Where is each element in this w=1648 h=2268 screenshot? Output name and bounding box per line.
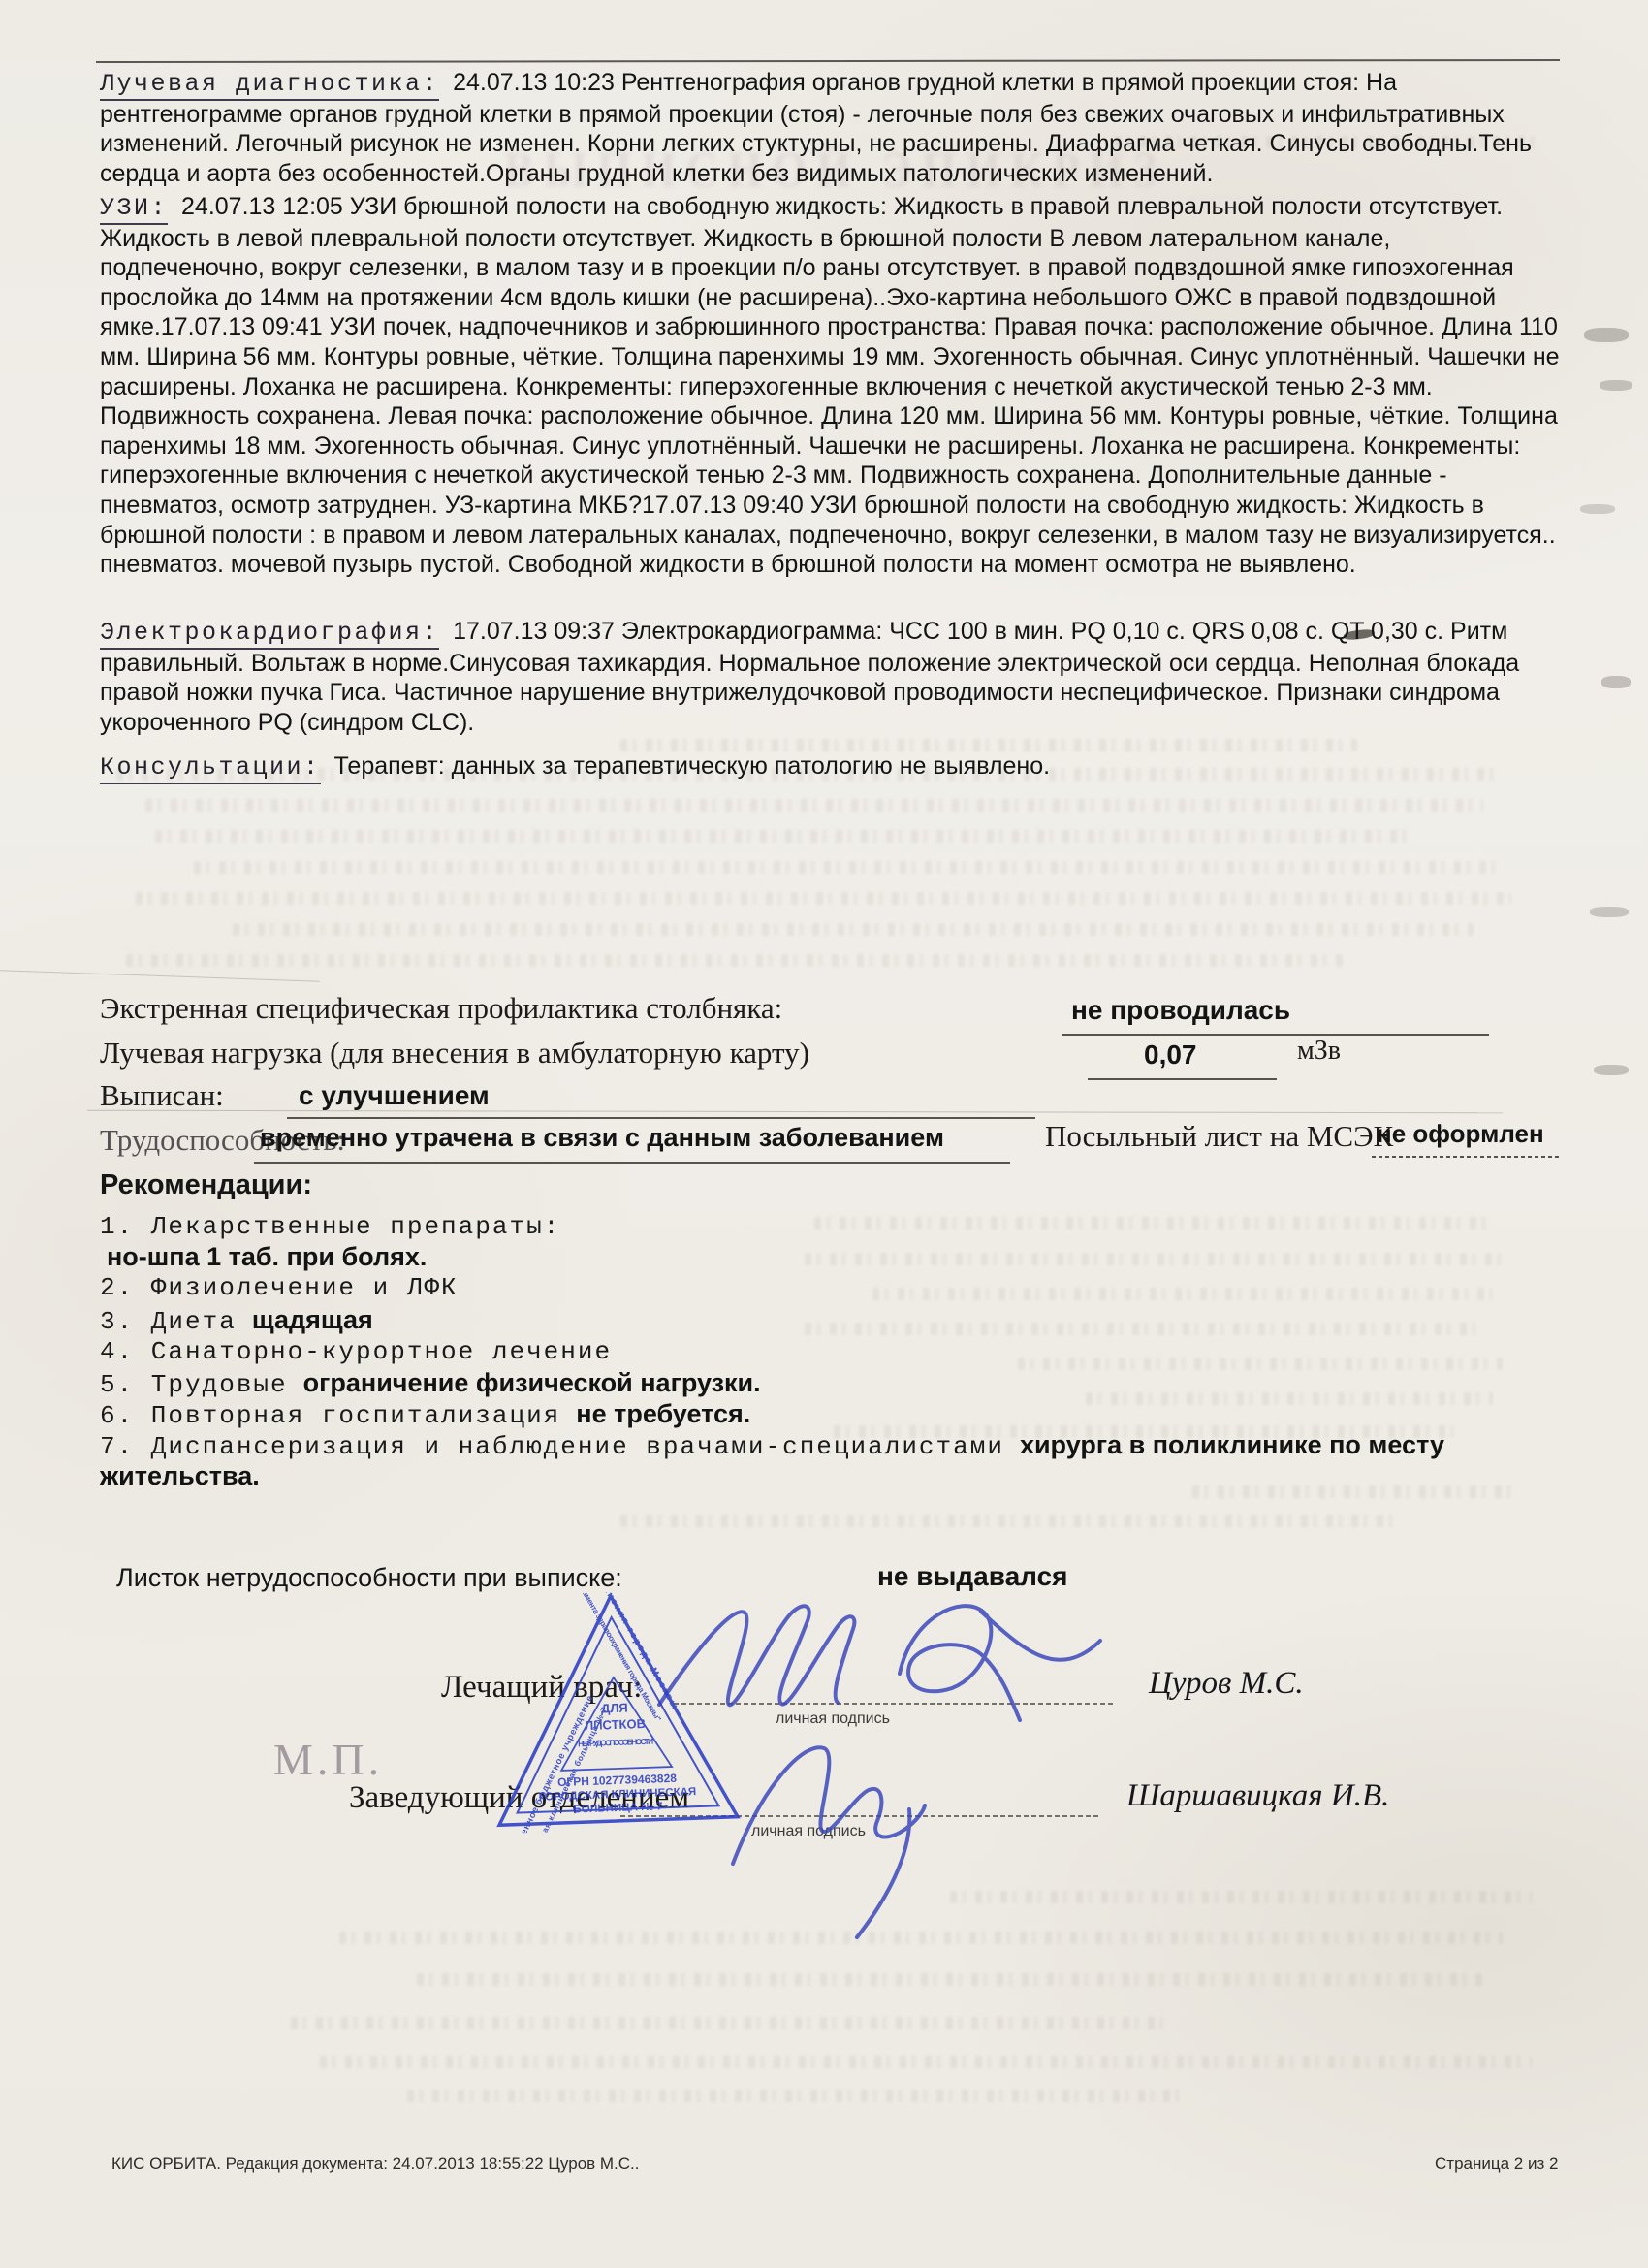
section-ultrasound: УЗИ:24.07.13 12:05 УЗИ брюшной полости н…	[100, 192, 1560, 580]
bleed-band	[320, 2056, 1532, 2068]
section-text-consultations: Терапевт: данных за терапевтическую пато…	[334, 752, 1051, 780]
crease-line-left	[0, 970, 320, 982]
stamp-org-line2: БОЛЬНИЦА № 7	[573, 1801, 663, 1815]
rec-item-text: 2. Физиолечение и ЛФК	[100, 1273, 459, 1302]
stamp-place-label: М.П.	[273, 1734, 383, 1785]
rec-item-value: жительства.	[100, 1461, 260, 1490]
discharged-value: с улучшением	[299, 1080, 490, 1111]
rec-item-value: щадящая	[252, 1305, 373, 1334]
tetanus-underline	[1062, 1034, 1489, 1036]
recommendation-item-5: 5. Трудовыеограничение физической нагруз…	[100, 1368, 1560, 1399]
rec-item-text: 5. Трудовые	[100, 1370, 288, 1399]
bleed-band	[136, 892, 1512, 905]
section-consultations: Консультации:Терапевт: данных за терапев…	[100, 751, 1560, 783]
footer-system-info: КИС ОРБИТА. Редакция документа: 24.07.20…	[111, 2155, 640, 2174]
head-of-department-name: Шаршавицкая И.В.	[1126, 1778, 1389, 1814]
bleed-band	[291, 2017, 1163, 2029]
bleed-band	[620, 1515, 1396, 1527]
discharged-underline	[287, 1117, 1035, 1119]
recommendation-item-1b: но-шпа 1 таб. при болях.	[107, 1242, 1567, 1272]
section-label-consultations: Консультации:	[100, 753, 321, 784]
radiation-dose-label: Лучевая нагрузка (для внесения в амбулат…	[100, 1036, 809, 1070]
recommendation-item-7b: жительства.	[100, 1461, 1560, 1491]
workability-value: временно утрачена в связи с данным забол…	[260, 1123, 944, 1153]
scanned-discharge-summary-page: { "watermark": "ВЫПИСНОЙ ЭПИКРИЗ", "sect…	[0, 0, 1648, 2268]
rec-item-text: 7. Диспансеризация и наблюдение врачами-…	[100, 1432, 1004, 1461]
hospital-triangular-stamp: ДЛЯ ЛИСТКОВ НЕТРУДОСПОСОБНОСТИ ОГРН 1027…	[486, 1588, 744, 1835]
edge-mark	[1580, 504, 1615, 514]
bleed-band	[407, 2090, 1183, 2102]
bleed-band	[145, 799, 1483, 812]
recommendation-item-4: 4. Санаторно-курортное лечение	[100, 1337, 1560, 1366]
recommendation-item-6: 6. Повторная госпитализацияне требуется.	[100, 1399, 1560, 1430]
radiation-underline	[1088, 1078, 1277, 1080]
rec-item-value: не требуется.	[576, 1399, 750, 1428]
section-text-ultrasound: 24.07.13 12:05 УЗИ брюшной полости на св…	[100, 193, 1560, 578]
rec-item-text: 1. Лекарственные препараты:	[100, 1212, 560, 1241]
edge-mark	[1601, 676, 1631, 688]
discharged-label: Выписан:	[100, 1078, 224, 1113]
recommendation-item-3: 3. Диетащадящая	[100, 1305, 1560, 1336]
bleed-band	[417, 1973, 1483, 1986]
radiation-dose-unit: мЗв	[1297, 1036, 1341, 1067]
recommendation-item-2: 2. Физиолечение и ЛФК	[100, 1273, 1560, 1302]
bleed-band	[126, 954, 1347, 967]
bleed-band	[194, 861, 1503, 874]
rec-item-value: хирурга в поликлинике по месту	[1020, 1430, 1444, 1459]
rec-item-value: но-шпа 1 таб. при болях.	[107, 1242, 427, 1271]
edge-mark	[1600, 380, 1632, 391]
rec-item-text: 6. Повторная госпитализация	[100, 1401, 560, 1430]
rec-item-text: 4. Санаторно-курортное лечение	[100, 1337, 612, 1366]
section-label-ultrasound: УЗИ:	[100, 194, 168, 225]
footer-page-number: Страница 2 из 2	[1435, 2155, 1558, 2174]
rec-item-value: ограничение физической нагрузки.	[303, 1368, 761, 1397]
section-label-ecg: Электрокардиография:	[100, 619, 439, 650]
section-label-radiology: Лучевая диагностика:	[100, 70, 439, 101]
section-ecg: Электрокардиография:17.07.13 09:37 Элект…	[100, 617, 1560, 737]
msek-underline	[1372, 1156, 1562, 1158]
bleed-band	[233, 923, 1474, 936]
attending-doctor-name: Цуров М.С.	[1149, 1666, 1304, 1702]
msek-referral-label: Посыльный лист на МСЭК	[1045, 1119, 1393, 1154]
sick-leave-label: Листок нетрудоспособности при выписке:	[116, 1563, 622, 1593]
bleed-band	[155, 830, 1415, 843]
radiation-dose-value: 0,07	[1144, 1039, 1197, 1070]
edge-mark	[1594, 1065, 1629, 1075]
recommendation-item-1: 1. Лекарственные препараты:	[100, 1210, 1560, 1241]
edge-mark	[1590, 907, 1629, 917]
edge-mark	[1584, 328, 1629, 342]
rec-item-text: 3. Диета	[100, 1307, 237, 1336]
tetanus-prophylaxis-value: не проводилась	[1071, 995, 1290, 1026]
msek-referral-value: не оформлен	[1377, 1119, 1544, 1149]
workability-underline	[254, 1162, 1010, 1164]
section-radiology: Лучевая диагностика:24.07.13 10:23 Рентг…	[100, 68, 1560, 188]
recommendations-title: Рекомендации:	[100, 1169, 312, 1201]
sick-leave-value: не выдавался	[877, 1561, 1067, 1592]
tetanus-prophylaxis-label: Экстренная специфическая профилактика ст…	[100, 991, 782, 1026]
page-crease-line	[96, 59, 1560, 63]
bleed-band	[620, 739, 1357, 751]
recommendation-item-7: 7. Диспансеризация и наблюдение врачами-…	[100, 1430, 1560, 1461]
